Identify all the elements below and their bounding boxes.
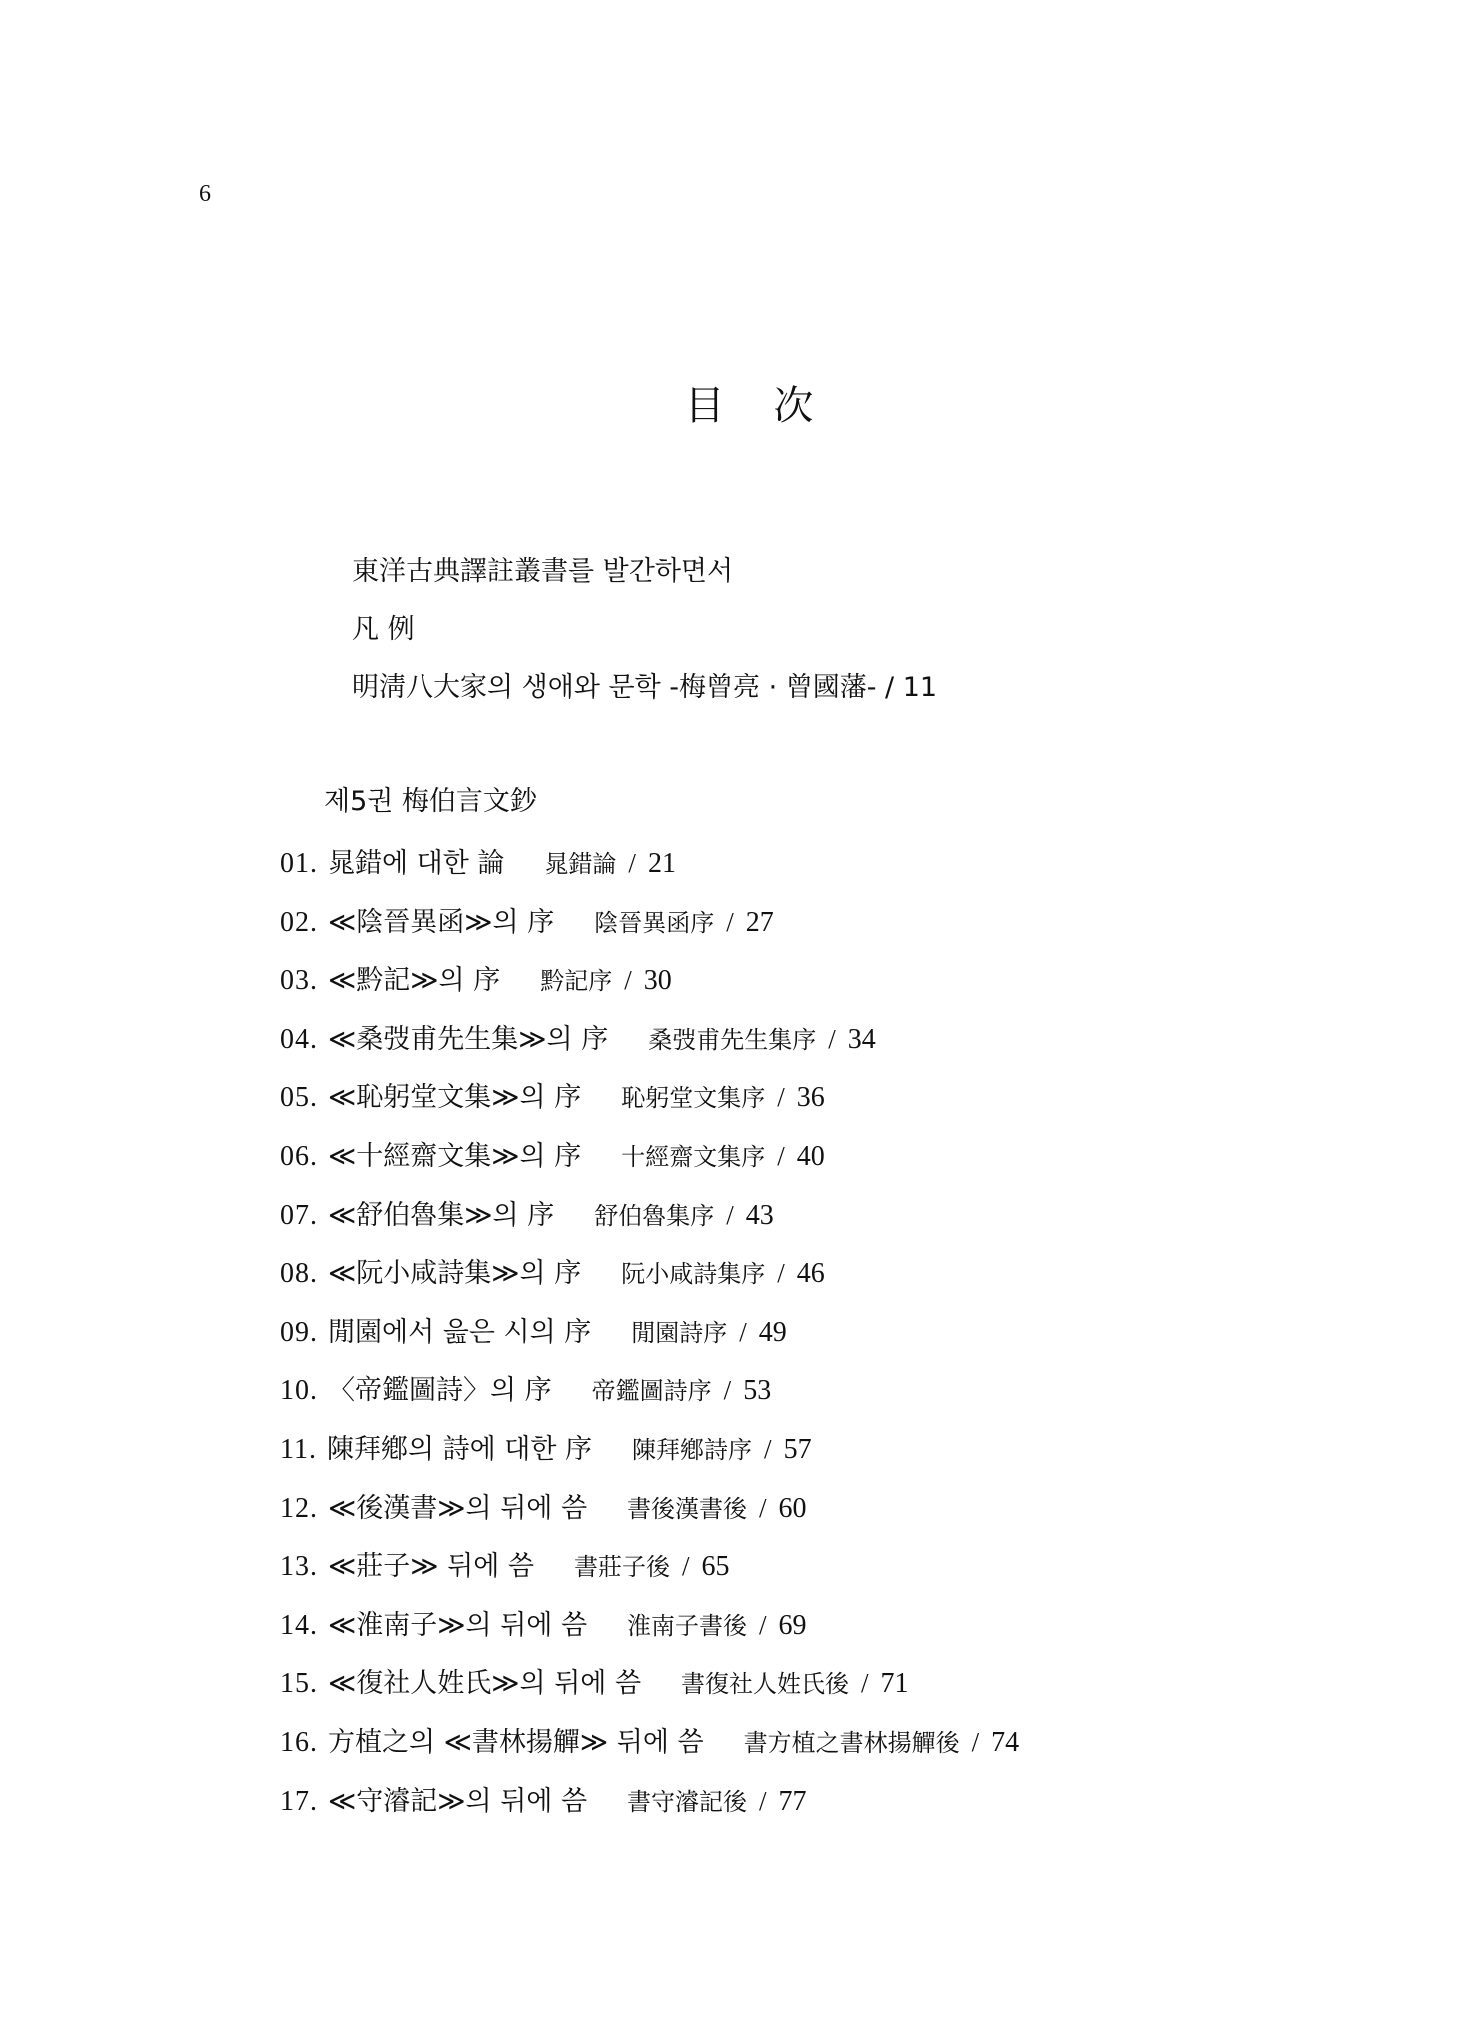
- entry-original-title: 書方植之書林揚觶後: [744, 1726, 960, 1760]
- entry-separator: /: [764, 1432, 772, 1466]
- entry-separator: /: [759, 1784, 767, 1818]
- entry-separator: /: [972, 1725, 980, 1759]
- entry-korean-title: ≪莊子≫ 뒤에 씀: [328, 1550, 534, 1584]
- entry-page: 49: [759, 1316, 787, 1350]
- toc-entry: 17. ≪守濬記≫의 뒤에 씀 書守濬記後 / 77: [280, 1784, 1019, 1843]
- entry-page: 30: [644, 964, 672, 998]
- entry-separator: /: [726, 1198, 734, 1232]
- toc-entry: 09. 閒園에서 읊은 시의 序 閒園詩序 / 49: [280, 1315, 1019, 1374]
- entry-page: 71: [881, 1667, 909, 1701]
- front-matter-item-introduction: 明淸八大家의 생애와 문학 -梅曾亮 · 曾國藩- / 11: [352, 671, 937, 729]
- entry-separator: /: [759, 1491, 767, 1525]
- toc-entry: 14. ≪淮南子≫의 뒤에 씀 淮南子書後 / 69: [280, 1608, 1019, 1667]
- entry-number: 01.: [280, 847, 318, 881]
- toc-entry: 03. ≪黔記≫의 序 黔記序 / 30: [280, 963, 1019, 1022]
- toc-entry: 12. ≪後漢書≫의 뒤에 씀 書後漢書後 / 60: [280, 1491, 1019, 1550]
- entry-korean-title: 方植之의 ≪書林揚觶≫ 뒤에 씀: [328, 1726, 704, 1760]
- entry-korean-title: ≪淮南子≫의 뒤에 씀: [328, 1609, 587, 1643]
- toc-entry: 01. 晁錯에 대한 論 晁錯論 / 21: [280, 846, 1019, 905]
- volume-heading: 제5권 梅伯言文鈔: [324, 785, 537, 819]
- entry-number: 11.: [280, 1433, 317, 1467]
- entry-korean-title: 〈帝鑑圖詩〉의 序: [328, 1374, 552, 1408]
- entry-korean-title: 陳拜鄕의 詩에 대한 序: [327, 1433, 592, 1467]
- toc-entry: 08. ≪阮小咸詩集≫의 序 阮小咸詩集序 / 46: [280, 1256, 1019, 1315]
- toc-entry: 02. ≪陰晉異函≫의 序 陰晉異函序 / 27: [280, 905, 1019, 964]
- toc-entry: 16. 方植之의 ≪書林揚觶≫ 뒤에 씀 書方植之書林揚觶後 / 74: [280, 1725, 1019, 1784]
- toc-entry: 13. ≪莊子≫ 뒤에 씀 書莊子後 / 65: [280, 1549, 1019, 1608]
- entry-separator: /: [628, 846, 636, 880]
- entry-page: 74: [991, 1726, 1019, 1760]
- entry-page: 53: [743, 1374, 771, 1408]
- entry-number: 04.: [280, 1023, 318, 1057]
- front-matter-item-notes: 凡 例: [352, 613, 937, 671]
- entry-original-title: 黔記序: [540, 964, 612, 998]
- toc-entry: 05. ≪恥躬堂文集≫의 序 恥躬堂文集序 / 36: [280, 1080, 1019, 1139]
- entry-separator: /: [724, 1373, 732, 1407]
- entry-original-title: 淮南子書後: [627, 1609, 747, 1643]
- entry-separator: /: [777, 1256, 785, 1290]
- entry-korean-title: ≪桑弢甫先生集≫의 序: [328, 1023, 608, 1057]
- entry-korean-title: ≪後漢書≫의 뒤에 씀: [328, 1492, 587, 1526]
- entry-separator: /: [777, 1139, 785, 1173]
- front-matter-list: 東洋古典譯註叢書를 발간하면서 凡 例 明淸八大家의 생애와 문학 -梅曾亮 ·…: [352, 555, 937, 729]
- entry-korean-title: ≪恥躬堂文集≫의 序: [328, 1081, 581, 1115]
- entry-original-title: 舒伯魯集序: [594, 1199, 714, 1233]
- entry-number: 10.: [280, 1374, 318, 1408]
- entry-original-title: 書守濬記後: [627, 1785, 747, 1819]
- entry-original-title: 桑弢甫先生集序: [648, 1023, 816, 1057]
- entry-number: 15.: [280, 1667, 318, 1701]
- entry-korean-title: ≪十經齋文集≫의 序: [328, 1140, 581, 1174]
- entry-page: 77: [779, 1785, 807, 1819]
- entry-original-title: 閒園詩序: [631, 1316, 727, 1350]
- toc-entry: 11. 陳拜鄕의 詩에 대한 序 陳拜鄕詩序 / 57: [280, 1432, 1019, 1491]
- entry-korean-title: ≪黔記≫의 序: [328, 964, 500, 998]
- toc-entry: 15. ≪復社人姓氏≫의 뒤에 씀 書復社人姓氏後 / 71: [280, 1666, 1019, 1725]
- toc-entry-list: 01. 晁錯에 대한 論 晁錯論 / 21 02. ≪陰晉異函≫의 序 陰晉異函…: [280, 846, 1019, 1842]
- entry-page: 43: [746, 1199, 774, 1233]
- entry-number: 12.: [280, 1492, 318, 1526]
- entry-page: 57: [784, 1433, 812, 1467]
- entry-original-title: 晁錯論: [544, 847, 616, 881]
- entry-number: 16.: [280, 1726, 318, 1760]
- entry-number: 03.: [280, 964, 318, 998]
- toc-entry: 04. ≪桑弢甫先生集≫의 序 桑弢甫先生集序 / 34: [280, 1022, 1019, 1081]
- front-matter-item-preface: 東洋古典譯註叢書를 발간하면서: [352, 555, 937, 613]
- entry-number: 17.: [280, 1785, 318, 1819]
- entry-original-title: 書莊子後: [574, 1550, 670, 1584]
- entry-separator: /: [624, 963, 632, 997]
- entry-page: 46: [797, 1257, 825, 1291]
- entry-korean-title: ≪復社人姓氏≫의 뒤에 씀: [328, 1667, 641, 1701]
- entry-original-title: 陰晉異函序: [594, 906, 714, 940]
- entry-original-title: 帝鑑圖詩序: [592, 1374, 712, 1408]
- entry-original-title: 十經齋文集序: [621, 1140, 765, 1174]
- toc-entry: 10. 〈帝鑑圖詩〉의 序 帝鑑圖詩序 / 53: [280, 1373, 1019, 1432]
- toc-entry: 07. ≪舒伯魯集≫의 序 舒伯魯集序 / 43: [280, 1198, 1019, 1257]
- entry-korean-title: ≪守濬記≫의 뒤에 씀: [328, 1785, 587, 1819]
- entry-original-title: 書復社人姓氏後: [681, 1667, 849, 1701]
- entry-separator: /: [682, 1549, 690, 1583]
- entry-korean-title: 晁錯에 대한 論: [328, 847, 504, 881]
- entry-page: 21: [648, 847, 676, 881]
- entry-separator: /: [739, 1315, 747, 1349]
- entry-separator: /: [726, 905, 734, 939]
- toc-title: 目 次: [0, 382, 1480, 430]
- entry-original-title: 陳拜鄕詩序: [632, 1433, 752, 1467]
- entry-page: 69: [779, 1609, 807, 1643]
- entry-original-title: 恥躬堂文集序: [621, 1081, 765, 1115]
- entry-separator: /: [861, 1666, 869, 1700]
- entry-page: 40: [797, 1140, 825, 1174]
- entry-number: 14.: [280, 1609, 318, 1643]
- entry-page: 34: [848, 1023, 876, 1057]
- entry-number: 09.: [280, 1316, 318, 1350]
- entry-original-title: 阮小咸詩集序: [621, 1257, 765, 1291]
- entry-number: 05.: [280, 1081, 318, 1115]
- entry-page: 65: [701, 1550, 729, 1584]
- entry-korean-title: ≪舒伯魯集≫의 序: [328, 1199, 554, 1233]
- entry-number: 08.: [280, 1257, 318, 1291]
- entry-number: 02.: [280, 906, 318, 940]
- entry-number: 06.: [280, 1140, 318, 1174]
- entry-page: 27: [746, 906, 774, 940]
- entry-separator: /: [777, 1080, 785, 1114]
- page-number: 6: [199, 180, 211, 208]
- entry-number: 07.: [280, 1199, 318, 1233]
- entry-page: 60: [779, 1492, 807, 1526]
- entry-number: 13.: [280, 1550, 318, 1584]
- entry-separator: /: [759, 1608, 767, 1642]
- entry-korean-title: ≪陰晉異函≫의 序: [328, 906, 554, 940]
- entry-korean-title: 閒園에서 읊은 시의 序: [328, 1316, 591, 1350]
- entry-korean-title: ≪阮小咸詩集≫의 序: [328, 1257, 581, 1291]
- entry-separator: /: [828, 1022, 836, 1056]
- entry-original-title: 書後漢書後: [627, 1492, 747, 1526]
- entry-page: 36: [797, 1081, 825, 1115]
- toc-entry: 06. ≪十經齋文集≫의 序 十經齋文集序 / 40: [280, 1139, 1019, 1198]
